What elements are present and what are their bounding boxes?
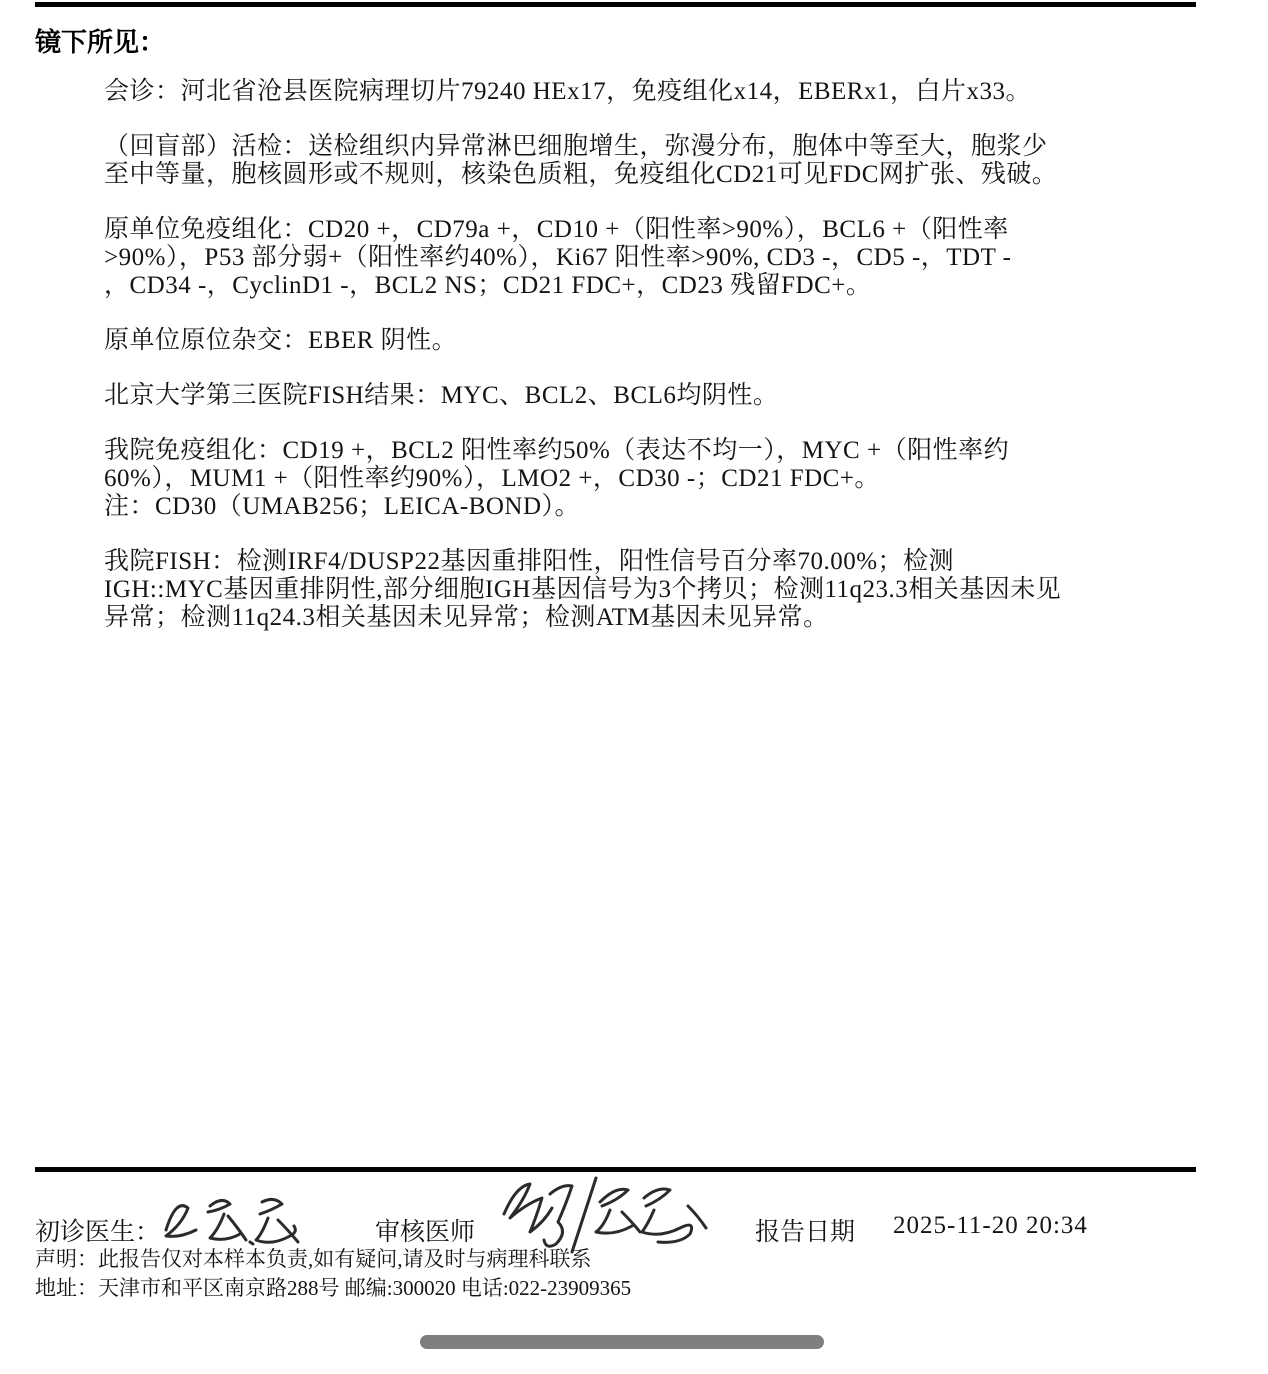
report-date-value: 2025-11-20 20:34	[893, 1212, 1088, 1240]
paragraph-consult-slides: 会诊：河北省沧县医院病理切片79240 HEx17，免疫组化x14，EBERx1…	[104, 78, 1179, 106]
top-divider	[35, 2, 1196, 7]
paragraph-our-fish: 我院FISH：检测IRF4/DUSP22基因重排阳性，阳性信号百分率70.00%…	[104, 548, 1179, 632]
paragraph-referrer-ihc: 原单位免疫组化：CD20 +，CD79a +，CD10 +（阳性率>90%），B…	[104, 216, 1179, 300]
address-text: 地址：天津市和平区南京路288号 邮编:300020 电话:022-239093…	[35, 1272, 631, 1302]
paragraph-biopsy-morphology: （回盲部）活检：送检组织内异常淋巴细胞增生，弥漫分布，胞体中等至大，胞浆少 至中…	[104, 133, 1179, 189]
disclaimer-text: 声明：此报告仅对本样本负责,如有疑问,请及时与病理科联系	[35, 1243, 592, 1273]
paragraph-our-ihc: 我院免疫组化：CD19 +，BCL2 阳性率约50%（表达不均一），MYC +（…	[104, 437, 1179, 521]
paragraph-referrer-ish: 原单位原位杂交：EBER 阴性。	[104, 327, 1179, 355]
section-title: 镜下所见：	[35, 22, 165, 59]
report-date-label: 报告日期	[755, 1212, 855, 1248]
paragraph-pku3-fish: 北京大学第三医院FISH结果：MYC、BCL2、BCL6均阴性。	[104, 382, 1179, 410]
report-body: 会诊：河北省沧县医院病理切片79240 HEx17，免疫组化x14，EBERx1…	[104, 78, 1179, 659]
horizontal-scrollbar-thumb[interactable]	[420, 1335, 824, 1349]
pathology-report-page: 镜下所见： 会诊：河北省沧县医院病理切片79240 HEx17，免疫组化x14，…	[0, 0, 1268, 1374]
